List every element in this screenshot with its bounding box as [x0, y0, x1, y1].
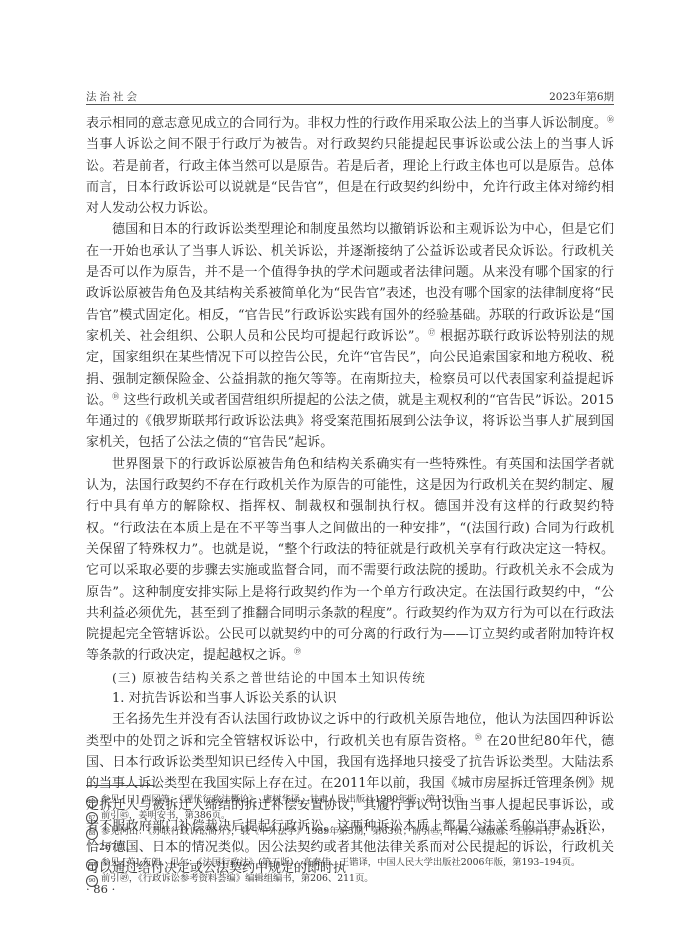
running-header: 法治社会 2023年第6期 [86, 84, 614, 104]
footnote: 89参见 [英] 布朗、贝尔：《法国行政法》(第五版)，高秦伟、王锴译，中国人民… [86, 855, 614, 871]
header-divider [86, 104, 614, 105]
journal-page: 法治社会 2023年第6期 表示相同的意志意见成立的合同行为。非权力性的行政作用… [0, 0, 700, 942]
paragraph-3: 世界图景下的行政诉讼原被告角色和结构关系确实有一些特殊性。有英国和法国学者就认为… [86, 454, 614, 667]
footnote-reference[interactable]: ⑰ [428, 329, 435, 337]
footnotes: 86参见 [日] 西冈等：《现代行政法概论》，康树华译，甘肃人民出版社1990年… [86, 792, 614, 887]
footnote: 86参见 [日] 西冈等：《现代行政法概论》，康树华译，甘肃人民出版社1990年… [86, 792, 614, 808]
paragraph-2: 德国和日本的行政诉讼类型理论和制度虽然均以撤销诉讼和主观诉讼为中心，但是它们在一… [86, 219, 614, 453]
footnote-reference[interactable]: ⑳ [475, 733, 482, 741]
footnote-reference[interactable]: ⑲ [294, 648, 301, 656]
footnote-marker-icon: 86 [86, 796, 98, 808]
footnote-reference[interactable]: ⑯ [607, 116, 614, 124]
issue-label: 2023年第6期 [549, 89, 614, 104]
sub-heading: 1. 对抗告诉讼和当事人诉讼关系的认识 [86, 688, 614, 709]
section-heading: (三) 原被告结构关系之普世结论的中国本土知识传统 [86, 667, 614, 688]
footnote: 88参见河山：《苏联行政诉讼简介》，载《中外法学》1989年第5期，第63页；前… [86, 824, 614, 855]
footnote: 87前引㊺，姜明安书，第386页。 [86, 808, 614, 824]
footnote-divider [86, 785, 154, 786]
footnote-marker-icon: 88 [86, 828, 98, 840]
footnote-marker-icon: 89 [86, 859, 98, 871]
footnote-reference[interactable]: ⑱ [112, 393, 119, 401]
journal-title: 法治社会 [86, 89, 140, 104]
paragraph-1: 表示相同的意志意见成立的合同行为。非权力性的行政作用采取公法上的当事人诉讼制度。… [86, 113, 614, 219]
article-body: 表示相同的意志意见成立的合同行为。非权力性的行政作用采取公法上的当事人诉讼制度。… [86, 113, 614, 880]
footnote-marker-icon: 87 [86, 812, 98, 824]
page-number: · 86 · [86, 882, 115, 896]
footnote: 90前引㊾，《行政诉讼参考资料荟编》编辑组编书，第206、211页。 [86, 871, 614, 887]
